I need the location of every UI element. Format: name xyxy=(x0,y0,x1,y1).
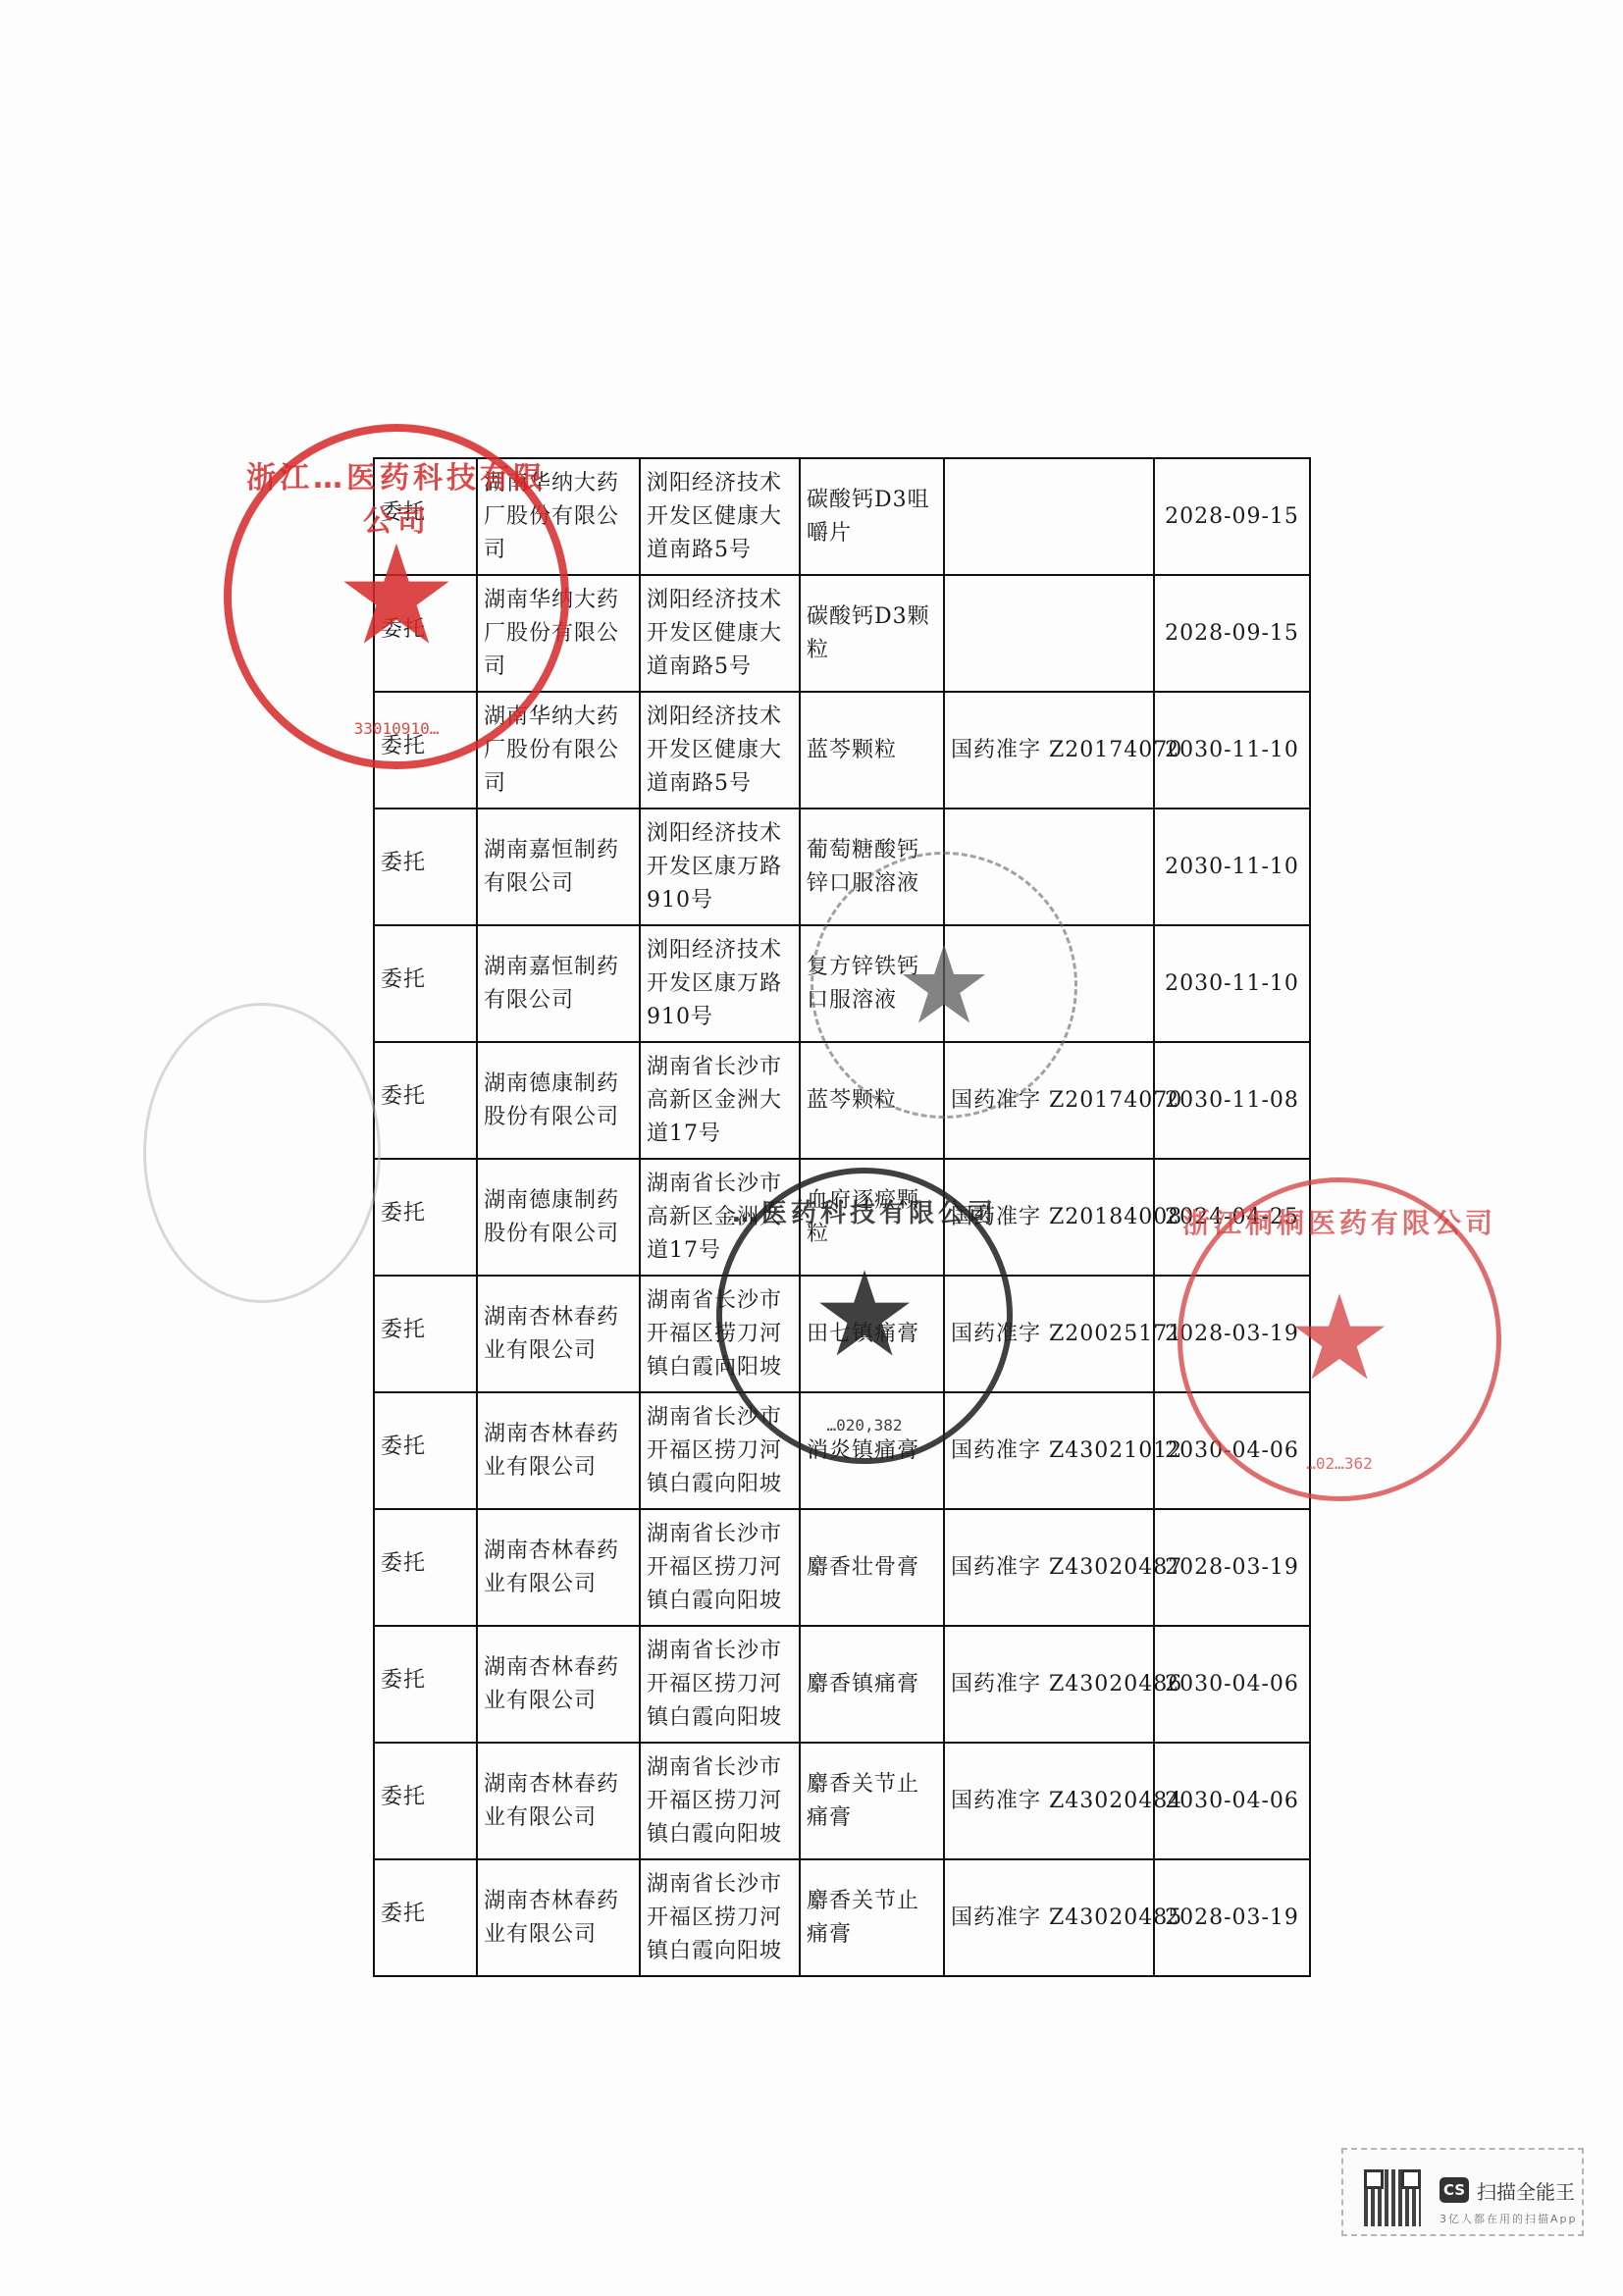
company-cell: 湖南杏林春药业有限公司 xyxy=(477,1509,640,1626)
address-cell: 湖南省长沙市开福区捞刀河镇白霞向阳坡 xyxy=(640,1743,800,1859)
expiry-date-cell-text: 2028-09-15 xyxy=(1165,621,1299,646)
company-cell-text: 湖南杏林春药业有限公司 xyxy=(484,1655,619,1713)
approval-number-cell: 国药准字 Z43020485 xyxy=(944,1859,1154,1976)
expiry-date-cell-text: 2028-03-19 xyxy=(1165,1555,1299,1580)
type-cell: 委托 xyxy=(374,575,477,692)
product-cell: 碳酸钙D3咀嚼片 xyxy=(800,458,944,575)
address-cell: 湖南省长沙市开福区捞刀河镇白霞向阳坡 xyxy=(640,1509,800,1626)
table-row: 委托湖南华纳大药厂股份有限公司浏阳经济技术开发区健康大道南路5号碳酸钙D3咀嚼片… xyxy=(374,458,1310,575)
address-cell-text: 湖南省长沙市高新区金洲大道17号 xyxy=(647,1055,782,1146)
company-cell: 湖南华纳大药厂股份有限公司 xyxy=(477,692,640,809)
type-cell-text: 委托 xyxy=(381,1431,470,1464)
scanned-document-page: 委托湖南华纳大药厂股份有限公司浏阳经济技术开发区健康大道南路5号碳酸钙D3咀嚼片… xyxy=(0,0,1623,2296)
product-cell-text: 田七镇痛膏 xyxy=(807,1322,919,1346)
expiry-date-cell: 2028-09-15 xyxy=(1154,458,1310,575)
company-cell: 湖南德康制药股份有限公司 xyxy=(477,1159,640,1276)
approval-number-cell: 国药准字 Z43020484 xyxy=(944,1743,1154,1859)
approval-number-cell: 国药准字 Z20174070 xyxy=(944,1042,1154,1159)
table-row: 委托湖南杏林春药业有限公司湖南省长沙市开福区捞刀河镇白霞向阳坡麝香关节止痛膏国药… xyxy=(374,1859,1310,1976)
product-cell: 葡萄糖酸钙锌口服溶液 xyxy=(800,809,944,925)
type-cell: 委托 xyxy=(374,1042,477,1159)
product-cell-text: 蓝芩颗粒 xyxy=(807,738,897,762)
product-cell: 蓝芩颗粒 xyxy=(800,692,944,809)
address-cell-text: 浏阳经济技术开发区健康大道南路5号 xyxy=(647,704,782,796)
address-cell: 湖南省长沙市开福区捞刀河镇白霞向阳坡 xyxy=(640,1392,800,1509)
expiry-date-cell: 2030-11-10 xyxy=(1154,809,1310,925)
address-cell-text: 湖南省长沙市开福区捞刀河镇白霞向阳坡 xyxy=(647,1288,782,1380)
address-cell-text: 湖南省长沙市开福区捞刀河镇白霞向阳坡 xyxy=(647,1405,782,1496)
expiry-date-cell: 2030-04-06 xyxy=(1154,1743,1310,1859)
approval-number-cell-text: 国药准字 Z43020486 xyxy=(951,1672,1182,1696)
table-row: 委托湖南嘉恒制药有限公司浏阳经济技术开发区康万路910号复方锌铁钙口服溶液203… xyxy=(374,925,1310,1042)
company-cell: 湖南杏林春药业有限公司 xyxy=(477,1743,640,1859)
type-cell-text: 委托 xyxy=(381,1197,470,1230)
table-row: 委托湖南华纳大药厂股份有限公司浏阳经济技术开发区健康大道南路5号蓝芩颗粒国药准字… xyxy=(374,692,1310,809)
type-cell-text: 委托 xyxy=(381,847,470,880)
address-cell: 浏阳经济技术开发区康万路910号 xyxy=(640,809,800,925)
approval-number-cell-text: 国药准字 Z20025171 xyxy=(951,1322,1182,1346)
type-cell-text: 委托 xyxy=(381,730,470,763)
product-cell: 蓝芩颗粒 xyxy=(800,1042,944,1159)
type-cell-text: 委托 xyxy=(381,1781,470,1814)
table-row: 委托湖南杏林春药业有限公司湖南省长沙市开福区捞刀河镇白霞向阳坡麝香关节止痛膏国药… xyxy=(374,1743,1310,1859)
expiry-date-cell-text: 2030-11-10 xyxy=(1165,971,1299,996)
table-row: 委托湖南杏林春药业有限公司湖南省长沙市开福区捞刀河镇白霞向阳坡田七镇痛膏国药准字… xyxy=(374,1276,1310,1392)
company-cell-text: 湖南嘉恒制药有限公司 xyxy=(484,955,619,1013)
company-cell-text: 湖南华纳大药厂股份有限公司 xyxy=(484,704,619,796)
expiry-date-cell: 2030-04-06 xyxy=(1154,1392,1310,1509)
camscanner-logo-icon: CS xyxy=(1440,2177,1469,2203)
product-cell-text: 麝香关节止痛膏 xyxy=(807,1889,919,1947)
expiry-date-cell: 2028-03-19 xyxy=(1154,1509,1310,1626)
address-cell-text: 浏阳经济技术开发区健康大道南路5号 xyxy=(647,588,782,679)
product-cell: 田七镇痛膏 xyxy=(800,1276,944,1392)
expiry-date-cell-text: 2030-04-06 xyxy=(1165,1438,1299,1463)
approval-number-cell-text: 国药准字 Z20174070 xyxy=(951,1088,1182,1113)
product-cell: 血府逐瘀颗粒 xyxy=(800,1159,944,1276)
type-cell: 委托 xyxy=(374,1159,477,1276)
product-cell-text: 碳酸钙D3颗粒 xyxy=(807,604,930,662)
product-cell-text: 麝香壮骨膏 xyxy=(807,1555,919,1580)
company-cell: 湖南嘉恒制药有限公司 xyxy=(477,809,640,925)
type-cell-text: 委托 xyxy=(381,964,470,997)
company-cell-text: 湖南杏林春药业有限公司 xyxy=(484,1305,619,1363)
product-cell: 消炎镇痛膏 xyxy=(800,1392,944,1509)
address-cell-text: 浏阳经济技术开发区康万路910号 xyxy=(647,821,782,913)
address-cell: 浏阳经济技术开发区健康大道南路5号 xyxy=(640,458,800,575)
watermark-subtitle: 3亿人都在用的扫描App xyxy=(1440,2211,1578,2226)
approval-number-cell xyxy=(944,458,1154,575)
address-cell: 湖南省长沙市开福区捞刀河镇白霞向阳坡 xyxy=(640,1859,800,1976)
product-cell-text: 碳酸钙D3咀嚼片 xyxy=(807,488,930,546)
address-cell: 湖南省长沙市开福区捞刀河镇白霞向阳坡 xyxy=(640,1276,800,1392)
expiry-date-cell-text: 2024-04-25 xyxy=(1165,1205,1299,1229)
address-cell-text: 湖南省长沙市高新区金洲大道17号 xyxy=(647,1172,782,1263)
address-cell: 浏阳经济技术开发区健康大道南路5号 xyxy=(640,692,800,809)
type-cell-text: 委托 xyxy=(381,1664,470,1697)
approval-number-cell-text: 国药准字 Z43021012 xyxy=(951,1438,1182,1463)
product-cell: 麝香关节止痛膏 xyxy=(800,1859,944,1976)
approval-number-cell xyxy=(944,575,1154,692)
expiry-date-cell: 2028-03-19 xyxy=(1154,1276,1310,1392)
product-cell: 麝香关节止痛膏 xyxy=(800,1743,944,1859)
expiry-date-cell-text: 2030-11-08 xyxy=(1165,1088,1299,1113)
company-cell-text: 湖南华纳大药厂股份有限公司 xyxy=(484,471,619,562)
address-cell: 湖南省长沙市高新区金洲大道17号 xyxy=(640,1159,800,1276)
company-cell-text: 湖南杏林春药业有限公司 xyxy=(484,1889,619,1947)
table-row: 委托湖南杏林春药业有限公司湖南省长沙市开福区捞刀河镇白霞向阳坡麝香壮骨膏国药准字… xyxy=(374,1509,1310,1626)
type-cell-text: 委托 xyxy=(381,496,470,530)
type-cell-text: 委托 xyxy=(381,1898,470,1931)
product-cell: 复方锌铁钙口服溶液 xyxy=(800,925,944,1042)
company-cell-text: 湖南德康制药股份有限公司 xyxy=(484,1071,619,1129)
approval-number-cell: 国药准字 Z43021012 xyxy=(944,1392,1154,1509)
address-cell: 浏阳经济技术开发区康万路910号 xyxy=(640,925,800,1042)
expiry-date-cell: 2024-04-25 xyxy=(1154,1159,1310,1276)
company-cell: 湖南嘉恒制药有限公司 xyxy=(477,925,640,1042)
approval-number-cell-text: 国药准字 Z20174070 xyxy=(951,738,1182,762)
table-row: 委托湖南德康制药股份有限公司湖南省长沙市高新区金洲大道17号蓝芩颗粒国药准字 Z… xyxy=(374,1042,1310,1159)
approval-number-cell: 国药准字 Z43020487 xyxy=(944,1509,1154,1626)
address-cell-text: 湖南省长沙市开福区捞刀河镇白霞向阳坡 xyxy=(647,1522,782,1613)
address-cell: 湖南省长沙市高新区金洲大道17号 xyxy=(640,1042,800,1159)
type-cell: 委托 xyxy=(374,1276,477,1392)
type-cell: 委托 xyxy=(374,1743,477,1859)
approval-number-cell-text: 国药准字 Z43020485 xyxy=(951,1905,1182,1930)
company-cell: 湖南德康制药股份有限公司 xyxy=(477,1042,640,1159)
approval-number-cell-text: 国药准字 Z20184008 xyxy=(951,1205,1182,1229)
company-cell-text: 湖南嘉恒制药有限公司 xyxy=(484,838,619,896)
type-cell-text: 委托 xyxy=(381,1080,470,1114)
entrusted-products-table: 委托湖南华纳大药厂股份有限公司浏阳经济技术开发区健康大道南路5号碳酸钙D3咀嚼片… xyxy=(373,457,1311,1977)
type-cell: 委托 xyxy=(374,1509,477,1626)
type-cell: 委托 xyxy=(374,925,477,1042)
expiry-date-cell-text: 2030-04-06 xyxy=(1165,1672,1299,1696)
approval-number-cell xyxy=(944,809,1154,925)
table-row: 委托湖南杏林春药业有限公司湖南省长沙市开福区捞刀河镇白霞向阳坡消炎镇痛膏国药准字… xyxy=(374,1392,1310,1509)
company-cell: 湖南杏林春药业有限公司 xyxy=(477,1276,640,1392)
address-cell-text: 湖南省长沙市开福区捞刀河镇白霞向阳坡 xyxy=(647,1872,782,1963)
product-cell-text: 麝香镇痛膏 xyxy=(807,1672,919,1696)
scanner-watermark: CS 扫描全能王 3亿人都在用的扫描App xyxy=(1341,2148,1584,2236)
type-cell-text: 委托 xyxy=(381,1314,470,1347)
approval-number-cell: 国药准字 Z43020486 xyxy=(944,1626,1154,1743)
type-cell: 委托 xyxy=(374,809,477,925)
product-cell: 麝香镇痛膏 xyxy=(800,1626,944,1743)
company-cell-text: 湖南杏林春药业有限公司 xyxy=(484,1422,619,1480)
expiry-date-cell: 2030-11-10 xyxy=(1154,692,1310,809)
table-row: 委托湖南华纳大药厂股份有限公司浏阳经济技术开发区健康大道南路5号碳酸钙D3颗粒2… xyxy=(374,575,1310,692)
table-row: 委托湖南杏林春药业有限公司湖南省长沙市开福区捞刀河镇白霞向阳坡麝香镇痛膏国药准字… xyxy=(374,1626,1310,1743)
address-cell: 湖南省长沙市开福区捞刀河镇白霞向阳坡 xyxy=(640,1626,800,1743)
type-cell: 委托 xyxy=(374,692,477,809)
expiry-date-cell-text: 2028-03-19 xyxy=(1165,1322,1299,1346)
type-cell-text: 委托 xyxy=(381,613,470,647)
approval-number-cell xyxy=(944,925,1154,1042)
expiry-date-cell: 2030-11-10 xyxy=(1154,925,1310,1042)
expiry-date-cell-text: 2028-09-15 xyxy=(1165,504,1299,529)
faint-seal-stamp xyxy=(143,1003,381,1303)
product-cell-text: 复方锌铁钙口服溶液 xyxy=(807,955,919,1013)
approval-number-cell-text: 国药准字 Z43020484 xyxy=(951,1789,1182,1813)
approval-number-cell: 国药准字 Z20174070 xyxy=(944,692,1154,809)
company-cell: 湖南华纳大药厂股份有限公司 xyxy=(477,575,640,692)
type-cell: 委托 xyxy=(374,1392,477,1509)
watermark-title: 扫描全能王 xyxy=(1477,2176,1575,2205)
company-cell: 湖南杏林春药业有限公司 xyxy=(477,1626,640,1743)
type-cell: 委托 xyxy=(374,1859,477,1976)
company-cell-text: 湖南华纳大药厂股份有限公司 xyxy=(484,588,619,679)
product-cell: 麝香壮骨膏 xyxy=(800,1509,944,1626)
expiry-date-cell: 2028-09-15 xyxy=(1154,575,1310,692)
expiry-date-cell-text: 2030-04-06 xyxy=(1165,1789,1299,1813)
address-cell-text: 浏阳经济技术开发区健康大道南路5号 xyxy=(647,471,782,562)
company-cell-text: 湖南德康制药股份有限公司 xyxy=(484,1188,619,1246)
address-cell-text: 浏阳经济技术开发区康万路910号 xyxy=(647,938,782,1029)
expiry-date-cell: 2030-11-08 xyxy=(1154,1042,1310,1159)
type-cell: 委托 xyxy=(374,458,477,575)
expiry-date-cell: 2030-04-06 xyxy=(1154,1626,1310,1743)
product-cell-text: 血府逐瘀颗粒 xyxy=(807,1188,919,1246)
product-cell-text: 蓝芩颗粒 xyxy=(807,1088,897,1113)
table-row: 委托湖南嘉恒制药有限公司浏阳经济技术开发区康万路910号葡萄糖酸钙锌口服溶液20… xyxy=(374,809,1310,925)
type-cell: 委托 xyxy=(374,1626,477,1743)
product-cell: 碳酸钙D3颗粒 xyxy=(800,575,944,692)
expiry-date-cell-text: 2030-11-10 xyxy=(1165,738,1299,762)
table-row: 委托湖南德康制药股份有限公司湖南省长沙市高新区金洲大道17号血府逐瘀颗粒国药准字… xyxy=(374,1159,1310,1276)
qr-code-icon xyxy=(1364,2169,1421,2226)
approval-number-cell-text: 国药准字 Z43020487 xyxy=(951,1555,1182,1580)
address-cell-text: 湖南省长沙市开福区捞刀河镇白霞向阳坡 xyxy=(647,1639,782,1730)
type-cell-text: 委托 xyxy=(381,1547,470,1581)
expiry-date-cell: 2028-03-19 xyxy=(1154,1859,1310,1976)
product-cell-text: 麝香关节止痛膏 xyxy=(807,1772,919,1830)
expiry-date-cell-text: 2028-03-19 xyxy=(1165,1905,1299,1930)
company-cell: 湖南华纳大药厂股份有限公司 xyxy=(477,458,640,575)
product-cell-text: 葡萄糖酸钙锌口服溶液 xyxy=(807,838,919,896)
approval-number-cell: 国药准字 Z20025171 xyxy=(944,1276,1154,1392)
company-cell-text: 湖南杏林春药业有限公司 xyxy=(484,1772,619,1830)
expiry-date-cell-text: 2030-11-10 xyxy=(1165,855,1299,879)
approval-number-cell: 国药准字 Z20184008 xyxy=(944,1159,1154,1276)
company-cell: 湖南杏林春药业有限公司 xyxy=(477,1392,640,1509)
product-cell-text: 消炎镇痛膏 xyxy=(807,1438,919,1463)
company-cell-text: 湖南杏林春药业有限公司 xyxy=(484,1539,619,1596)
company-cell: 湖南杏林春药业有限公司 xyxy=(477,1859,640,1976)
address-cell: 浏阳经济技术开发区健康大道南路5号 xyxy=(640,575,800,692)
address-cell-text: 湖南省长沙市开福区捞刀河镇白霞向阳坡 xyxy=(647,1755,782,1847)
